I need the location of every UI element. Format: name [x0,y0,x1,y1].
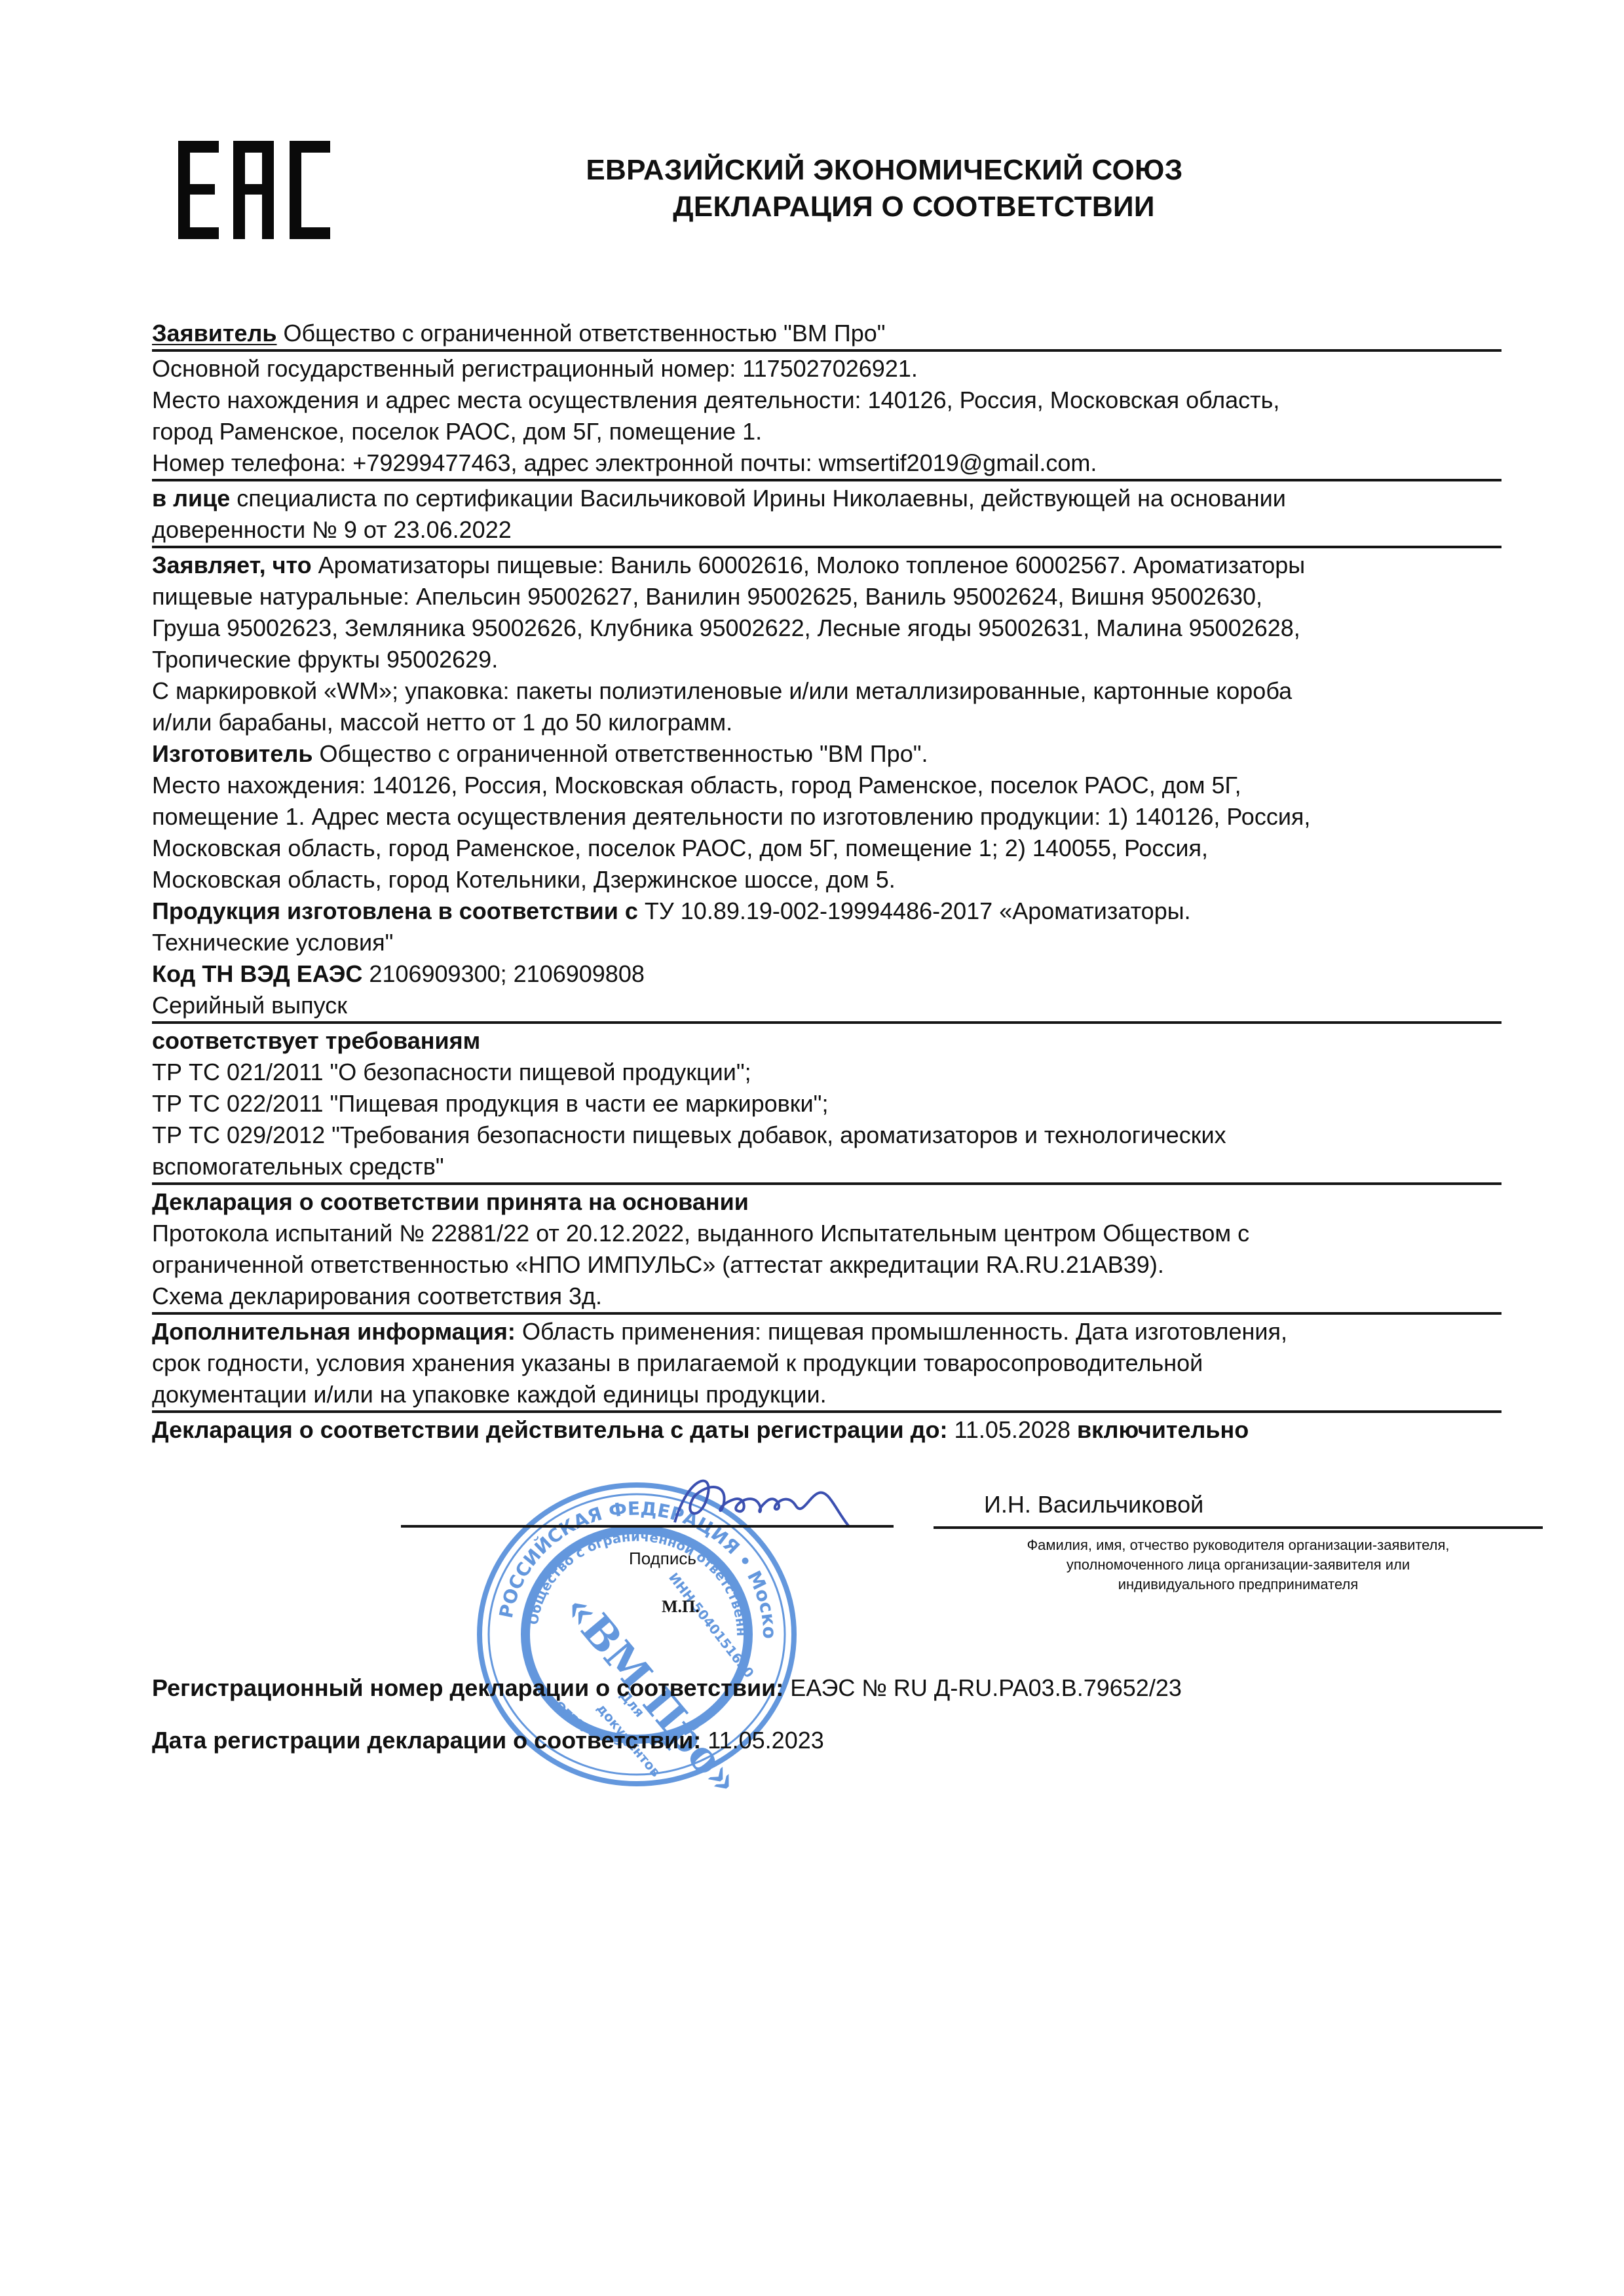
requirement-2: ТР ТС 029/2012 "Требования безопасности … [152,1120,1501,1151]
applicant-name: Общество с ограниченной ответственностью… [277,320,886,347]
manufacturer-line-0: Место нахождения: 140126, Россия, Москов… [152,770,1501,801]
declares-line-4: С маркировкой «WM»; упаковка: пакеты пол… [152,675,1501,707]
validity-row: Декларация о соответствии действительна … [152,1414,1501,1446]
additional-line-0: срок годности, условия хранения указаны … [152,1347,1501,1379]
requirement-1: ТР ТС 022/2011 "Пищевая продукция в част… [152,1088,1501,1120]
eac-mark-icon [178,141,330,239]
tnved-label: Код ТН ВЭД ЕАЭС [152,960,362,987]
standard-row: Продукция изготовлена в соответствии с Т… [152,895,1501,927]
basis-line-0: Протокола испытаний № 22881/22 от 20.12.… [152,1218,1501,1249]
manufacturer-label: Изготовитель [152,740,312,767]
declares-label: Заявляет, что [152,552,312,578]
manufacturer-name: Общество с ограниченной ответственностью… [312,740,928,767]
standard-label: Продукция изготовлена в соответствии с [152,897,638,924]
representative-label: в лице [152,485,230,512]
declares-row: Заявляет, что Ароматизаторы пищевые: Ван… [152,550,1501,581]
caption-line-2: уполномоченного лица организации-заявите… [917,1555,1559,1575]
document-header: ЕВРАЗИЙСКИЙ ЭКОНОМИЧЕСКИЙ СОЮЗ ДЕКЛАРАЦИ… [524,152,1245,225]
signer-name-line [934,1526,1543,1529]
signer-name-caption: Фамилия, имя, отчество руководителя орга… [917,1535,1559,1594]
signature-caption: Подпись [629,1549,696,1569]
declaration-body: Заявитель Общество с ограниченной ответс… [152,318,1501,1446]
signer-name: И.Н. Васильчиковой [984,1491,1203,1518]
union-title: ЕВРАЗИЙСКИЙ ЭКОНОМИЧЕСКИЙ СОЮЗ [524,152,1245,189]
tnved-value: 2106909300; 2106909808 [362,960,644,987]
representative-text-2: доверенности № 9 от 23.06.2022 [152,514,1501,548]
caption-line-3: индивидуального предпринимателя [917,1575,1559,1594]
registration-number-label: Регистрационный номер декларации о соотв… [152,1674,784,1701]
validity-date: 11.05.2028 [948,1416,1078,1443]
standard-text-2: Технические условия" [152,927,1501,958]
additional-row: Дополнительная информация: Область приме… [152,1316,1501,1347]
manufacturer-line-2: Московская область, город Раменское, пос… [152,833,1501,864]
registration-date-value: 11.05.2023 [701,1727,824,1754]
registration-number-row: Регистрационный номер декларации о соотв… [152,1674,1182,1702]
representative-text-1: специалиста по сертификации Васильчиково… [230,485,1286,512]
applicant-label: Заявитель [152,320,277,347]
manufacturer-row: Изготовитель Общество с ограниченной отв… [152,738,1501,770]
declares-line-1: пищевые натуральные: Апельсин 95002627, … [152,581,1501,612]
basis-label: Декларация о соответствии принята на осн… [152,1186,1501,1218]
applicant-address-2: город Раменское, поселок РАОС, дом 5Г, п… [152,416,1501,447]
requirements-label: соответствует требованиям [152,1025,1501,1057]
additional-text-1: Область применения: пищевая промышленнос… [516,1318,1287,1345]
validity-label: Декларация о соответствии действительна … [152,1416,948,1443]
applicant-ogrn: Основной государственный регистрационный… [152,353,1501,385]
applicant-address-1: Место нахождения и адрес места осуществл… [152,385,1501,416]
registration-date-row: Дата регистрации декларации о соответств… [152,1727,824,1754]
caption-line-1: Фамилия, имя, отчество руководителя орга… [917,1535,1559,1555]
signature-line [401,1525,894,1528]
tnved-row: Код ТН ВЭД ЕАЭС 2106909300; 2106909808 [152,958,1501,990]
declares-line-3: Тропические фрукты 95002629. [152,644,1501,675]
declares-line-2: Груша 95002623, Земляника 95002626, Клуб… [152,612,1501,644]
basis-line-1: ограниченной ответственностью «НПО ИМПУЛ… [152,1249,1501,1281]
representative-row: в лице специалиста по сертификации Васил… [152,483,1501,514]
applicant-contacts: Номер телефона: +79299477463, адрес элек… [152,447,1501,481]
validity-suffix: включительно [1077,1416,1249,1443]
declares-line-5: и/или барабаны, массой нетто от 1 до 50 … [152,707,1501,738]
applicant-row: Заявитель Общество с ограниченной ответс… [152,318,1501,352]
additional-line-1: документации и/или на упаковке каждой ед… [152,1379,1501,1413]
standard-text-1: ТУ 10.89.19-002-19994486-2017 «Ароматиза… [638,897,1191,924]
declaration-title: ДЕКЛАРАЦИЯ О СООТВЕТСТВИИ [524,189,1245,225]
requirement-3: вспомогательных средств" [152,1151,1501,1185]
release-type: Серийный выпуск [152,990,1501,1024]
manufacturer-line-1: помещение 1. Адрес места осуществления д… [152,801,1501,833]
seal-caption: М.П. [662,1597,700,1617]
declares-line-0: Ароматизаторы пищевые: Ваниль 60002616, … [312,552,1306,578]
basis-line-2: Схема декларирования соответствия 3д. [152,1281,1501,1315]
additional-label: Дополнительная информация: [152,1318,516,1345]
registration-number-value: ЕАЭС № RU Д-RU.PA03.B.79652/23 [784,1674,1182,1701]
requirement-0: ТР ТС 021/2011 "О безопасности пищевой п… [152,1057,1501,1088]
manufacturer-line-3: Московская область, город Котельники, Дз… [152,864,1501,895]
registration-date-label: Дата регистрации декларации о соответств… [152,1727,701,1754]
